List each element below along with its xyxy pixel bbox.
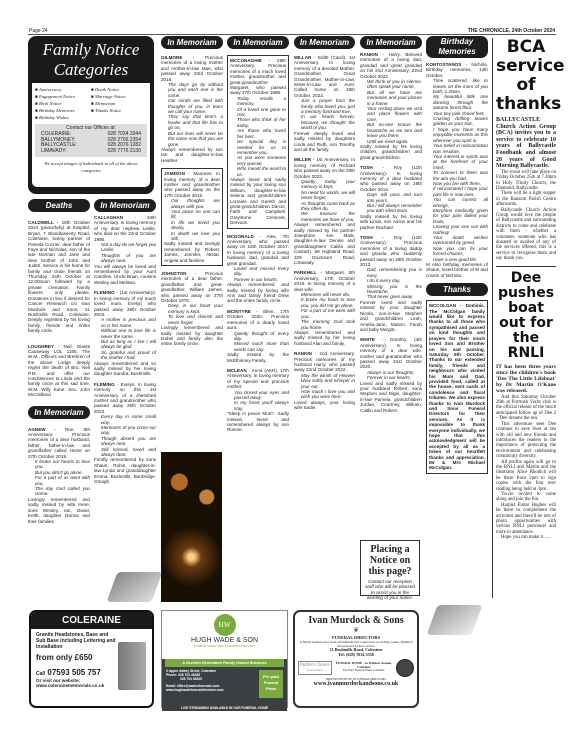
family-notice-categories: Family Notice Categories Anniversary Dea… xyxy=(28,36,154,194)
bca-headline: BCA service of thanks xyxy=(496,38,556,114)
memoriam-heading: In Memoriam xyxy=(294,36,355,49)
death-notice: LOUGHREY - Neil. Giants Causeway LOL 119… xyxy=(28,344,90,398)
memoriam-notice: RANKIN - 2nd Anniversary. Precious memor… xyxy=(294,351,355,410)
candle-photo xyxy=(161,452,222,602)
memoriam-notice: MILLER - 1st Anniversary. In loving memo… xyxy=(294,157,355,265)
memoriam-notice: MILLAR - Edith (Carol). 1st Anniversary.… xyxy=(294,55,355,152)
category-item: Thanks Notice xyxy=(91,107,147,114)
memoriam-heading: In Memoriam xyxy=(94,199,156,212)
category-item: Anniversary xyxy=(35,86,91,93)
murdock-phone: Tel: (028) 7034 3350 xyxy=(298,653,414,658)
memoriam-notice: JOHNSTON - Precious memories of a dear f… xyxy=(161,271,223,347)
birthday-thanks-column: Birthday Memories KONTOSTANOS - Nichola.… xyxy=(426,36,488,474)
bible-icon xyxy=(427,605,483,635)
category-item: Marriage Notice xyxy=(91,93,147,100)
images-note: We accept images of individuals in all o… xyxy=(35,160,147,174)
ornament-icon: ❦ xyxy=(298,627,414,635)
thanks-heading: Thanks xyxy=(426,283,488,296)
perfect-choice-sub: Funeral Plans xyxy=(300,668,330,673)
memoriam-notice: MCCONAGHIE - 28th Anniversary. Precious … xyxy=(227,55,289,229)
memoriam-heading: In Memoriam xyxy=(28,406,90,419)
deaths-heading: Deaths xyxy=(28,199,90,212)
wade-name: HUGH WADE & SON xyxy=(162,637,287,644)
placing-title: Placing a Notice on this page? xyxy=(364,544,416,577)
wade-banner: A Seventh Generation Family Owned Busine… xyxy=(165,659,284,667)
wade-streaming: LIVE STREAMING AVAILABLE IN OUR FUNERAL … xyxy=(162,706,287,710)
ad-phone: 07593 505 757 xyxy=(47,668,100,677)
category-item: Birthday Wishes xyxy=(35,114,91,121)
memoriam-heading: In Memoriam xyxy=(227,36,289,49)
category-item: Engagement Notice xyxy=(35,93,91,100)
deaths-column: Deaths CALDWELL - 18th October 2024 (pea… xyxy=(28,199,90,529)
category-list: Anniversary Death Notice Engagement Noti… xyxy=(35,86,147,121)
perfect-choice-logo: Perfect Choice xyxy=(300,663,330,668)
memoriam-notice: MCLEAN - Anna (AKR). 17th Anniversary. I… xyxy=(227,368,289,433)
header-rule xyxy=(28,34,556,35)
death-notice: CALDWELL - 18th October 2024 (peacefully… xyxy=(28,220,90,334)
category-item: Birthday Memories xyxy=(35,107,91,114)
memoriam-heading: In Memoriam xyxy=(360,36,422,49)
murdock-name: Ivan Murdock & Sons xyxy=(298,615,414,627)
memoriam-column-6: In Memoriam RANKIN - Harry. Beloved memo… xyxy=(360,36,422,418)
article-divider xyxy=(496,266,556,267)
murdock-website[interactable]: www.ivanmurdockandsons.co.uk xyxy=(298,681,414,687)
ad-title: COLERAINE MEMORIALS xyxy=(31,612,152,629)
memoriam-notice: MCDONALD - Alex, 7th Anniversary, who pa… xyxy=(227,234,289,304)
bible-icon xyxy=(107,572,163,602)
memoriam-notice: JAMISON - Maureen. In loving memory of a… xyxy=(161,168,223,266)
memoriam-notice: WHITE - Dorothy. (4th Anniversary). In l… xyxy=(360,337,422,413)
thanks-notice: MCCOLGAN - Dominic. The McColgan family … xyxy=(426,300,488,474)
memoriam-notice: PARKHILL - Margaret. 5th Anniversary, 17… xyxy=(294,270,355,346)
category-item: Memoriam xyxy=(91,100,147,107)
memoriam-column-5: In Memoriam MILLAR - Edith (Carol). 1st … xyxy=(294,36,355,416)
placing-text: Contact our reception staff who will be … xyxy=(364,579,416,601)
memoriam-notice: AGNEW - Ron. 6th Anniversary. Precious m… xyxy=(28,427,90,524)
memoriam-notice: CALLAGHAN - 34th Anniversary. In loving … xyxy=(94,215,156,285)
memoriam-notice: MCINTYRE - Ellen, 17th October 2020. Pre… xyxy=(227,309,289,363)
memoriam-notice: TOSH - Roy (11th Anniversary). Precious … xyxy=(360,235,422,332)
memoriam-column-3: In Memoriam GILMORE - Precious memories … xyxy=(161,36,223,352)
memoriam-column-4: In Memoriam MCCONAGHIE - 28th Anniversar… xyxy=(227,36,289,438)
wade-sub: FUNERAL DIRECTORS & MEMORIAL MASONS xyxy=(162,644,287,648)
ivan-murdock-ad[interactable]: Ivan Murdock & Sons ❦ FUNERAL DIRECTORS … xyxy=(293,610,419,708)
wade-prepaid-badge: Pre-paid Funeral Plans xyxy=(259,670,283,698)
wade-logo: HW xyxy=(214,614,236,636)
memoriam-notice: FLEMING - Evelyn. In loving memory on th… xyxy=(94,382,156,485)
headstone-image xyxy=(118,642,146,690)
bca-article: BALLYCASTLE Church Action Group (BCA) in… xyxy=(496,117,556,262)
birthday-heading: Birthday Memories xyxy=(426,36,488,58)
news-column: BCA service of thanks BALLYCASTLE Church… xyxy=(496,38,556,541)
rnli-headline: Dee pushes boat out for the RNLI xyxy=(496,271,556,361)
call-label: Call xyxy=(36,671,45,677)
memoriam-column-2: In Memoriam CALLAGHAN - 34th Anniversary… xyxy=(94,199,156,490)
rnli-article: IT has been three years since the childr… xyxy=(496,364,556,541)
column-divider xyxy=(492,38,493,598)
hugh-wade-ad[interactable]: HW HUGH WADE & SON FUNERAL DIRECTORS & M… xyxy=(161,610,288,708)
memoriam-notice: TOSH - Roy (11th Anniversary). In loving… xyxy=(360,165,422,230)
murdock-plans: Pre Paid Funeral Plans available xyxy=(335,669,393,673)
memoriam-heading: In Memoriam xyxy=(161,36,223,49)
memoriam-notice: GILMORE - Precious memories of a loving … xyxy=(161,55,223,163)
office-phone: 028 7776 2130 xyxy=(108,149,141,155)
placing-notice-box: Placing a Notice on this page? Contact o… xyxy=(360,540,420,596)
birthday-notice: KONTOSTANOS - Nichola. Birthday memories… xyxy=(426,62,488,278)
categories-title: Family Notice Categories xyxy=(32,40,150,80)
memoriam-notice: RANKIN - Harry. Beloved memories of a lo… xyxy=(360,52,422,160)
category-item: Birth Notice xyxy=(35,100,91,107)
office-name: LIMAVADY: xyxy=(41,149,67,155)
coleraine-memorials-ad[interactable]: COLERAINE MEMORIALS Granite Headstones, … xyxy=(29,610,154,708)
office-contacts: Contact our Offices at: COLERAINE:028 70… xyxy=(35,124,147,157)
memoriam-notice: FLEMING - (1st Anniversary). In loving m… xyxy=(94,290,156,377)
category-item: Death Notice xyxy=(91,86,147,93)
lion-crest-icon xyxy=(396,659,414,677)
